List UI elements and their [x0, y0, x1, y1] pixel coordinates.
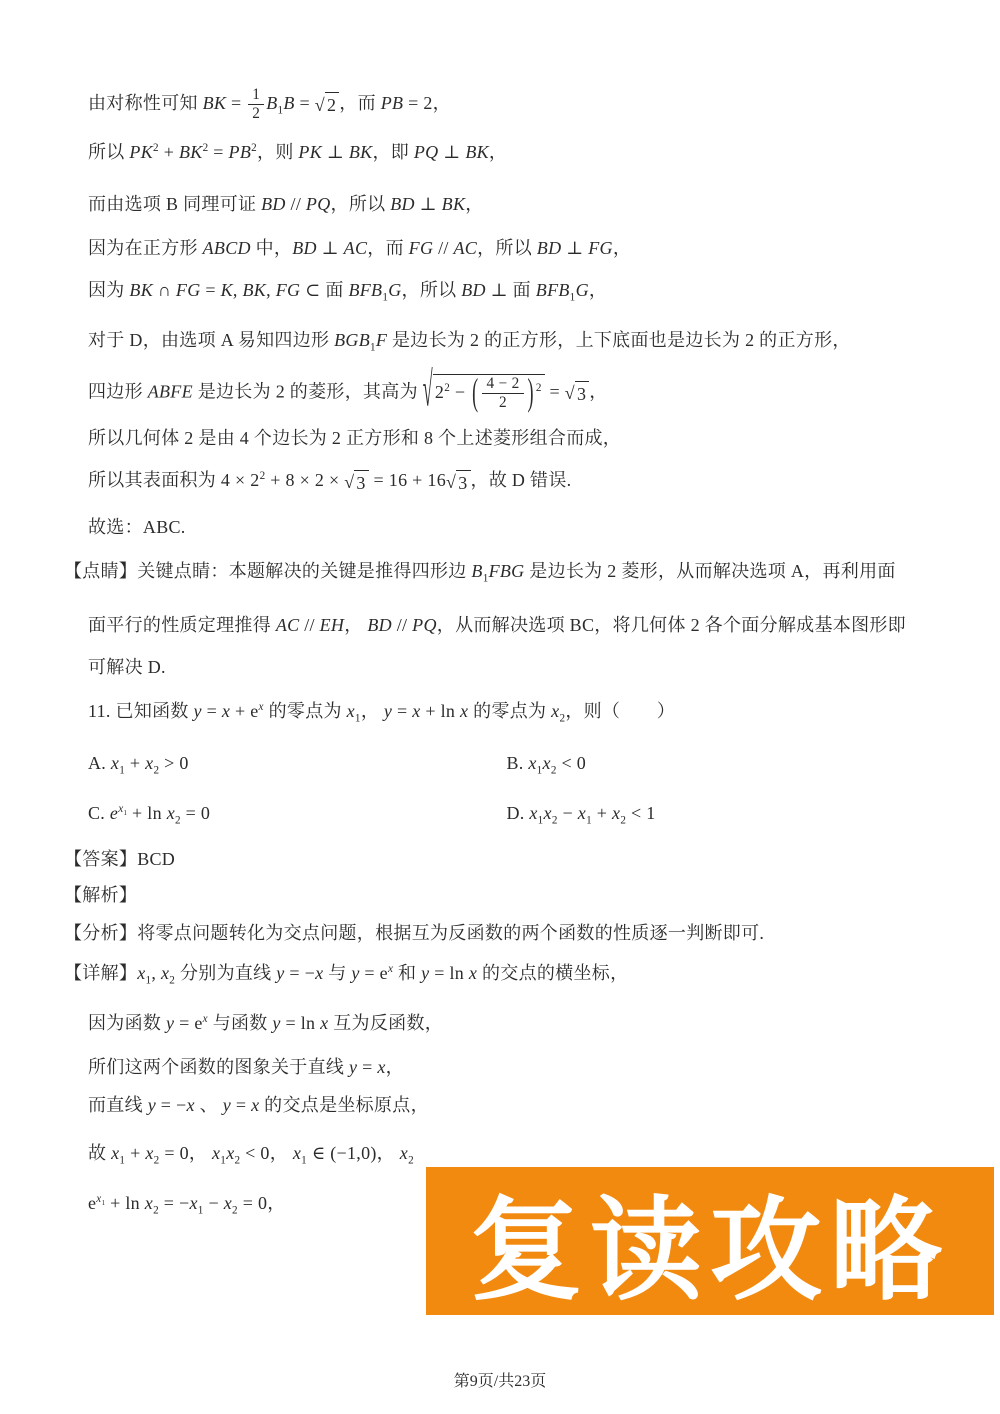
text-line: 所以 PK2 + BK2 = PB2，则 PK ⊥ BK，即 PQ ⊥ BK， [88, 140, 942, 164]
option-cell: B. x1x2 < 0 [506, 751, 586, 775]
text-line: 因为在正方形 ABCD 中，BD ⊥ AC，而 FG // AC，所以 BD ⊥… [88, 236, 942, 260]
option-cell: C. ex1 + ln x2 = 0 [88, 801, 506, 825]
text-line: 故选：ABC. [88, 515, 942, 539]
text-line: 面平行的性质定理推得 AC // EH， BD // PQ，从而解决选项 BC，… [88, 613, 942, 637]
text-line: 可解决 D. [88, 655, 942, 679]
text-line: 而直线 y = −x 、 y = x 的交点是坐标原点， [88, 1093, 942, 1117]
text-line: 【分析】将零点问题转化为交点问题，根据互为反函数的两个函数的性质逐一判断即可. [64, 921, 942, 945]
text-line: 对于 D，由选项 A 易知四边形 BGB1F 是边长为 2 的正方形，上下底面也… [88, 328, 942, 352]
text-line: 而由选项 B 同理可证 BD // PQ，所以 BD ⊥ BK， [88, 192, 942, 216]
text-line: 【答案】BCD [64, 847, 942, 871]
text-line: 11. 已知函数 y = x + ex 的零点为 x1， y = x + ln … [88, 699, 942, 723]
page-footer: 第9页/共23页 [0, 1368, 1000, 1391]
page-number: 第9页/共23页 [454, 1373, 546, 1390]
document-content: 由对称性可知 BK = 12B1B = √2，而 PB = 2，所以 PK2 +… [88, 86, 942, 1215]
text-line: 故 x1 + x2 = 0， x1x2 < 0， x1 ∈ (−1,0)， x2 [88, 1141, 942, 1165]
text-line: 所以其表面积为 4 × 22 + 8 × 2 × √3 = 16 + 16√3，… [88, 468, 942, 494]
text-line: 因为函数 y = ex 与函数 y = ln x 互为反函数， [88, 1011, 942, 1035]
option-cell: A. x1 + x2 > 0 [88, 751, 506, 775]
watermark-text: 复读攻略 [470, 1167, 950, 1315]
text-line: 所以几何体 2 是由 4 个边长为 2 正方形和 8 个上述菱形组合而成， [88, 426, 942, 450]
option-cell: D. x1x2 − x1 + x2 < 1 [506, 801, 655, 825]
document-page: 由对称性可知 BK = 12B1B = √2，而 PB = 2，所以 PK2 +… [0, 0, 1000, 1414]
text-line: 【解析】 [64, 883, 942, 907]
text-line: 【详解】x1, x2 分别为直线 y = −x 与 y = ex 和 y = l… [64, 961, 942, 985]
text-line: 由对称性可知 BK = 12B1B = √2，而 PB = 2， [88, 86, 942, 124]
text-line: 【点睛】关键点睛：本题解决的关键是推得四形边 B1FBG 是边长为 2 菱形，从… [64, 559, 942, 583]
text-line: 四边形 ABFE 是边长为 2 的菱形，其高为 √22 − (4 − 22)2 … [88, 374, 942, 413]
text-line: 所们这两个函数的图象关于直线 y = x， [88, 1055, 942, 1079]
text-line: A. x1 + x2 > 0B. x1x2 < 0 [88, 751, 942, 775]
text-line: 因为 BK ∩ FG = K, BK, FG ⊂ 面 BFB1G，所以 BD ⊥… [88, 278, 942, 302]
text-line: C. ex1 + ln x2 = 0D. x1x2 − x1 + x2 < 1 [88, 801, 942, 825]
watermark-banner: 复读攻略 [426, 1167, 994, 1315]
